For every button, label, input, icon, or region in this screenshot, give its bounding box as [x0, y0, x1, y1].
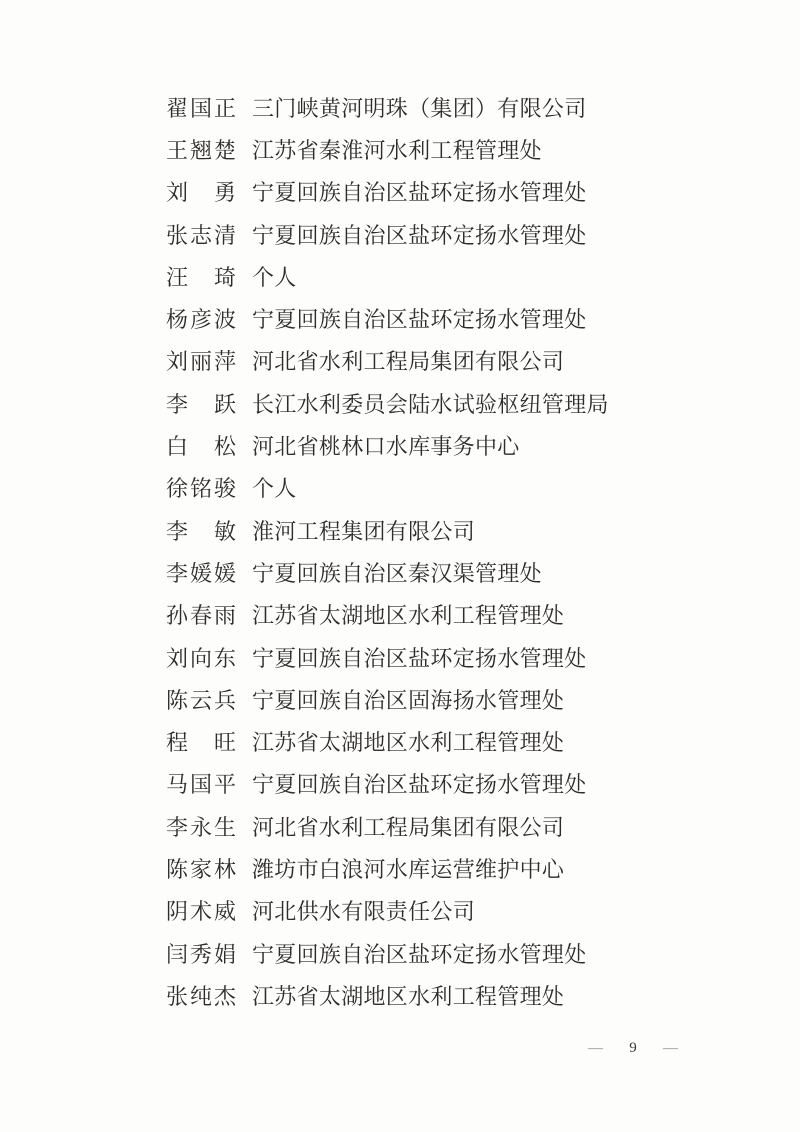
- roster-row: 杨彦波宁夏回族自治区盐环定扬水管理处: [166, 297, 726, 339]
- org-name: 宁夏回族自治区固海扬水管理处: [252, 684, 564, 715]
- roster-row: 徐铭骏个人: [166, 467, 726, 509]
- roster-row: 闫秀娟宁夏回族自治区盐环定扬水管理处: [166, 932, 726, 974]
- org-name: 个人: [252, 261, 297, 292]
- roster-row: 张志清宁夏回族自治区盐环定扬水管理处: [166, 213, 726, 255]
- person-name: 闫秀娟: [166, 938, 238, 969]
- roster-row: 王翘楚江苏省秦淮河水利工程管理处: [166, 128, 726, 170]
- roster-row: 陈云兵宁夏回族自治区固海扬水管理处: [166, 678, 726, 720]
- person-name: 汪 琦: [166, 261, 238, 292]
- org-name: 江苏省太湖地区水利工程管理处: [252, 599, 564, 630]
- person-name: 王翘楚: [166, 134, 238, 165]
- org-name: 个人: [252, 472, 297, 503]
- page-number-value: 9: [629, 1040, 637, 1057]
- org-name: 江苏省秦淮河水利工程管理处: [252, 134, 542, 165]
- org-name: 宁夏回族自治区盐环定扬水管理处: [252, 768, 587, 799]
- org-name: 宁夏回族自治区盐环定扬水管理处: [252, 303, 587, 334]
- roster-row: 李 跃长江水利委员会陆水试验枢纽管理局: [166, 382, 726, 424]
- org-name: 宁夏回族自治区盐环定扬水管理处: [252, 938, 587, 969]
- roster-row: 白 松河北省桃林口水库事务中心: [166, 424, 726, 466]
- roster-row: 孙春雨江苏省太湖地区水利工程管理处: [166, 594, 726, 636]
- person-name: 陈家林: [166, 853, 238, 884]
- roster-row: 李媛媛宁夏回族自治区秦汉渠管理处: [166, 551, 726, 593]
- org-name: 宁夏回族自治区秦汉渠管理处: [252, 557, 542, 588]
- document-page: 翟国正三门峡黄河明珠（集团）有限公司王翘楚江苏省秦淮河水利工程管理处刘 勇宁夏回…: [0, 0, 800, 1132]
- person-name: 孙春雨: [166, 599, 238, 630]
- org-name: 河北省水利工程局集团有限公司: [252, 811, 564, 842]
- org-name: 宁夏回族自治区盐环定扬水管理处: [252, 219, 587, 250]
- roster-row: 翟国正三门峡黄河明珠（集团）有限公司: [166, 86, 726, 128]
- org-name: 河北省水利工程局集团有限公司: [252, 345, 564, 376]
- page-number-dash-right: —: [663, 1042, 678, 1056]
- roster-row: 刘丽萍河北省水利工程局集团有限公司: [166, 340, 726, 382]
- person-name: 李永生: [166, 811, 238, 842]
- person-name: 李 敏: [166, 515, 238, 546]
- org-name: 长江水利委员会陆水试验枢纽管理局: [252, 388, 609, 419]
- person-name: 李媛媛: [166, 557, 238, 588]
- roster-row: 刘向东宁夏回族自治区盐环定扬水管理处: [166, 636, 726, 678]
- person-name: 刘丽萍: [166, 345, 238, 376]
- person-name: 刘向东: [166, 642, 238, 673]
- person-name: 陈云兵: [166, 684, 238, 715]
- person-name: 李 跃: [166, 388, 238, 419]
- person-name: 翟国正: [166, 92, 238, 123]
- person-name: 程 旺: [166, 726, 238, 757]
- person-name: 马国平: [166, 768, 238, 799]
- org-name: 江苏省太湖地区水利工程管理处: [252, 726, 564, 757]
- person-name: 阴术威: [166, 895, 238, 926]
- page-number-dash-left: —: [588, 1042, 603, 1056]
- roster-row: 陈家林潍坊市白浪河水库运营维护中心: [166, 847, 726, 889]
- org-name: 潍坊市白浪河水库运营维护中心: [252, 853, 564, 884]
- org-name: 宁夏回族自治区盐环定扬水管理处: [252, 642, 587, 673]
- roster-row: 张纯杰江苏省太湖地区水利工程管理处: [166, 974, 726, 1016]
- roster-row: 李 敏淮河工程集团有限公司: [166, 509, 726, 551]
- person-name: 徐铭骏: [166, 472, 238, 503]
- roster-row: 刘 勇宁夏回族自治区盐环定扬水管理处: [166, 171, 726, 213]
- org-name: 河北省桃林口水库事务中心: [252, 430, 520, 461]
- roster-row: 李永生河北省水利工程局集团有限公司: [166, 805, 726, 847]
- roster-row: 程 旺江苏省太湖地区水利工程管理处: [166, 720, 726, 762]
- org-name: 江苏省太湖地区水利工程管理处: [252, 980, 564, 1011]
- award-roster-list: 翟国正三门峡黄河明珠（集团）有限公司王翘楚江苏省秦淮河水利工程管理处刘 勇宁夏回…: [166, 86, 726, 1017]
- org-name: 淮河工程集团有限公司: [252, 515, 475, 546]
- person-name: 白 松: [166, 430, 238, 461]
- org-name: 三门峡黄河明珠（集团）有限公司: [252, 92, 587, 123]
- roster-row: 汪 琦个人: [166, 255, 726, 297]
- person-name: 刘 勇: [166, 176, 238, 207]
- roster-row: 马国平宁夏回族自治区盐环定扬水管理处: [166, 763, 726, 805]
- person-name: 张志清: [166, 219, 238, 250]
- org-name: 宁夏回族自治区盐环定扬水管理处: [252, 176, 587, 207]
- org-name: 河北供水有限责任公司: [252, 895, 475, 926]
- person-name: 杨彦波: [166, 303, 238, 334]
- roster-row: 阴术威河北供水有限责任公司: [166, 890, 726, 932]
- page-number: — 9 —: [588, 1040, 678, 1057]
- person-name: 张纯杰: [166, 980, 238, 1011]
